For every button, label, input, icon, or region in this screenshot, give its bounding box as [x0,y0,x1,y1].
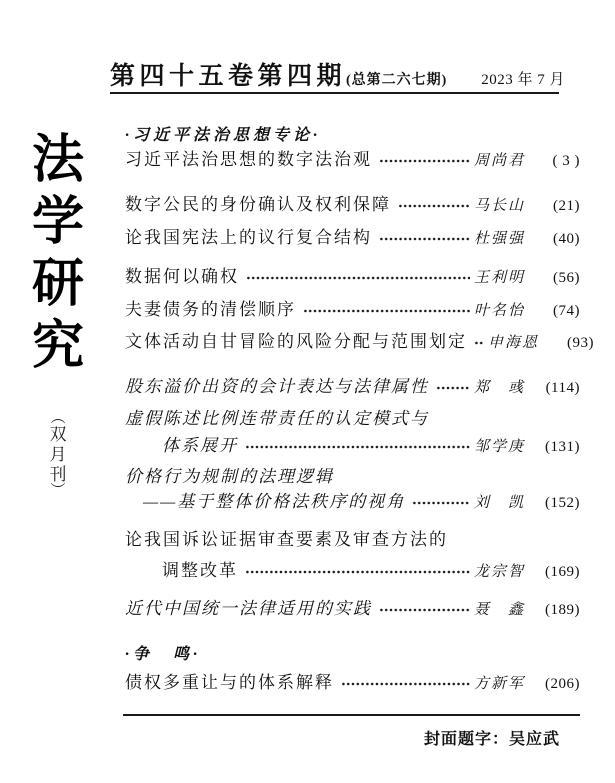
dot-leader [341,677,470,691]
journal-toc-page: 法 学 研 究 ︵ 双 月 刊 ︶ 第四十五卷第四期 (总第二六七期) 2023… [0,0,615,783]
subtitle-char: 月 [50,445,67,465]
article-author: 马长山 [474,196,536,216]
article-author: 申海恩 [488,333,550,353]
dot-leader [436,381,470,395]
article-subtitle: ——基于整体价格法秩序的视角 [143,492,405,512]
section-heading: ·习近平法治思想专论· [125,126,580,146]
cover-calligraphy-credit: 封面题字：吴应武 [125,726,560,749]
masthead-calligraphy: 法 学 研 究 [26,132,90,376]
article-page-number: (74) [536,301,580,321]
article-title: 习近平法治思想的数字法治观 [125,150,372,170]
masthead-char: 学 [32,194,84,252]
dot-leader [412,496,470,510]
issue-date: 2023 年 7 月 [481,68,565,89]
toc-row: 论我国宪法上的议行复合结构 杜强强 (40) [125,228,580,249]
toc-row: 债权多重让与的体系解释 方新军 (206) [125,673,580,694]
section-heading-label: ·习近平法治思想专论· [125,126,321,146]
article-page-number: (40) [536,229,580,249]
article-title: 股东溢价出资的会计表达与法律属性 [125,377,429,397]
dot-leader [245,440,470,454]
article-author: 叶名怡 [474,301,536,321]
article-title: 文体活动自甘冒险的风险分配与范围划定 [125,332,467,352]
article-author: 刘 凯 [474,493,536,513]
subtitle-char: 刊 [50,465,67,485]
toc-row: 股东溢价出资的会计表达与法律属性 郑 彧 (114) [125,377,580,398]
table-of-contents: ·习近平法治思想专论· 习近平法治思想的数字法治观 周尚君 ( 3 ) 数字公民… [125,126,580,694]
article-author: 王利明 [474,268,536,288]
article-author: 方新军 [474,674,536,694]
article-title: 数字公民的身份确认及权利保障 [125,195,391,215]
article-author: 聂 鑫 [474,600,536,620]
article-title: 近代中国统一法律适用的实践 [125,599,372,619]
article-title: 论我国诉讼证据审查要素及审查方法的 [125,530,448,550]
article-title: 债权多重让与的体系解释 [125,673,334,693]
dot-leader [245,565,470,579]
article-author: 邹学庚 [474,437,536,457]
section-heading: ·争 鸣· [125,645,580,665]
article-author: 龙宗智 [474,562,536,582]
dot-leader [398,199,470,213]
toc-row-continuation: 调整改革 龙宗智 (169) [125,561,580,582]
toc-row: 近代中国统一法律适用的实践 聂 鑫 (189) [125,599,580,620]
toc-row: 文体活动自甘冒险的风险分配与范围划定 申海恩 (93) [125,332,580,353]
masthead-char: 究 [32,318,84,376]
article-page-number: (189) [536,600,580,620]
dot-leader [246,271,470,285]
header-rule [110,92,559,94]
article-title: 数据何以确权 [125,267,239,287]
toc-row: 习近平法治思想的数字法治观 周尚君 ( 3 ) [125,150,580,171]
overall-issue-label: (总第二六七期) [346,69,447,89]
toc-row: 数据何以确权 王利明 (56) [125,267,580,288]
article-page-number: (206) [536,674,580,694]
dot-leader [379,603,470,617]
dot-leader [379,154,470,168]
article-page-number: (169) [536,562,580,582]
toc-row-continuation: ——基于整体价格法秩序的视角 刘 凯 (152) [125,492,580,513]
footer-rule [123,714,580,716]
toc-row: 数字公民的身份确认及权利保障 马长山 (21) [125,195,580,216]
article-subtitle: 调整改革 [162,561,238,581]
article-page-number: (152) [536,493,580,513]
issue-header: 第四十五卷第四期 (总第二六七期) 2023 年 7 月 [110,56,565,92]
article-title: 虚假陈述比例连带责任的认定模式与 [125,409,429,429]
article-title: 夫妻债务的清偿顺序 [125,300,296,320]
masthead-char: 法 [32,132,84,190]
article-author: 杜强强 [474,229,536,249]
dot-leader [379,232,470,246]
toc-row-title-line: 价格行为规制的法理逻辑 [125,467,580,487]
article-page-number: (21) [536,196,580,216]
article-page-number: ( 3 ) [536,151,580,171]
toc-row-title-line: 虚假陈述比例连带责任的认定模式与 [125,409,580,429]
toc-row: 夫妻债务的清偿顺序 叶名怡 (74) [125,300,580,321]
section-heading-label: ·争 鸣· [125,645,201,665]
article-page-number: (93) [550,333,594,353]
article-author: 郑 彧 [474,378,536,398]
dot-leader [303,304,470,318]
toc-row-continuation: 体系展开 邹学庚 (131) [125,436,580,457]
vertical-close-paren: ︶ [50,485,65,498]
vertical-open-paren: ︵ [50,412,65,425]
masthead-char: 研 [32,256,84,314]
volume-issue-label: 第四十五卷第四期 [110,56,346,92]
bimonthly-subtitle: ︵ 双 月 刊 ︶ [40,412,76,498]
article-page-number: (131) [536,437,580,457]
article-page-number: (56) [536,268,580,288]
subtitle-char: 双 [50,425,67,445]
article-author: 周尚君 [474,151,536,171]
article-page-number: (114) [536,378,580,398]
article-title: 价格行为规制的法理逻辑 [125,467,334,487]
article-title: 论我国宪法上的议行复合结构 [125,228,372,248]
toc-row-title-line: 论我国诉讼证据审查要素及审查方法的 [125,530,580,550]
article-subtitle: 体系展开 [162,436,238,456]
dot-leader [474,336,484,350]
